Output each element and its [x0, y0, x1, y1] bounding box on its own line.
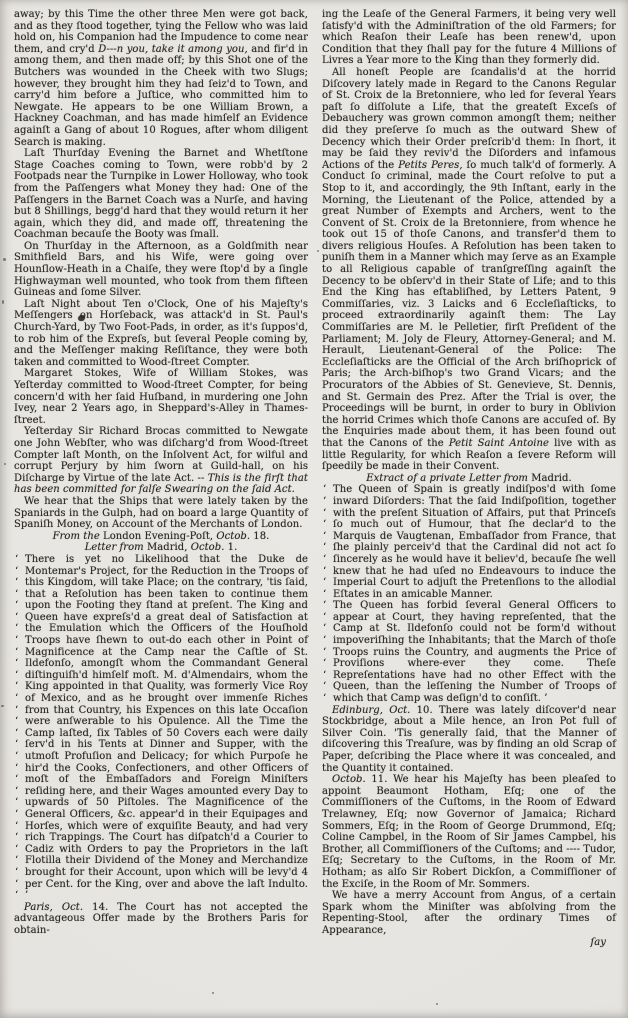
italic-text-run: Edinburg, Oct. [332, 705, 410, 716]
scan-speck [4, 463, 6, 465]
paragraph: Yeſterday Sir Richard Brocas committed t… [14, 426, 308, 496]
italic-text-run: Octob. [332, 774, 366, 785]
scan-speck [3, 258, 6, 261]
italic-text-run: Extract of a private Letter from [366, 473, 531, 484]
paragraph: We have a merry Account from Angus, of a… [322, 890, 616, 936]
paragraph: Paris, Oct. 14. The Court has not accept… [14, 902, 308, 937]
text-run: We hear that the Ships that were lately … [14, 496, 308, 530]
quoted-paragraph: ‘ ‘ ‘ ‘ ‘ ‘ ‘ ‘ ‘ ‘The Queen of Spain is… [322, 484, 616, 600]
italic-text-run: Petit Saint Antoine [449, 438, 549, 449]
quoted-text: There is yet no Likelihood that the Duke… [25, 554, 308, 902]
text-run: On Thurſday in the Afternoon, as a Goldſ… [14, 241, 308, 298]
newspaper-page: away; by this Time the other three Men w… [0, 0, 628, 1018]
column-left: away; by this Time the other three Men w… [14, 9, 308, 948]
quoted-paragraph: ‘ ‘ ‘ ‘ ‘ ‘ ‘ ‘ ‘ ‘ ‘ ‘ ‘ ‘ ‘ ‘ ‘ ‘ ‘ ‘ … [14, 554, 308, 902]
paragraph: Edinburg, Oct. 10. There was lately diſc… [322, 705, 616, 775]
catchword: ſay [322, 937, 616, 949]
quote-mark-gutter: ‘ ‘ ‘ ‘ ‘ ‘ ‘ ‘ ‘ ‘ ‘ ‘ ‘ ‘ ‘ ‘ ‘ ‘ ‘ ‘ … [15, 554, 18, 902]
paragraph: Laſt Night about Ten o'Clock, One of his… [14, 299, 308, 369]
italic-text-run: Paris, Oct. [24, 902, 83, 913]
text-run: 18. [250, 531, 269, 542]
text-run: Margaret Stokes, Wife of William Stokes,… [14, 368, 308, 425]
text-run: ſo much talk'd of formerly. A Conduct ſo… [322, 160, 616, 449]
paragraph: All honeſt People are ſcandalis'd at the… [322, 67, 616, 473]
text-run: and fir'd in among them, and then made o… [14, 44, 308, 148]
text-run: London Evening-Poſt, [103, 531, 216, 542]
italic-text-run: Letter from [85, 542, 147, 553]
text-run: The Queen has forbid ſeveral General Off… [333, 600, 616, 704]
section-heading: From the London Evening-Poſt, Octob. 18. [14, 531, 308, 543]
text-columns: away; by this Time the other three Men w… [0, 0, 628, 948]
text-run: ing the Leaſe of the General Farmers, it… [322, 9, 616, 66]
text-run: 1. [224, 542, 237, 553]
text-run: Madrid, [147, 542, 191, 553]
column-right: ing the Leaſe of the General Farmers, it… [322, 9, 616, 948]
scan-speck [1, 705, 4, 707]
paragraph: ing the Leaſe of the General Farmers, it… [322, 9, 616, 67]
scan-speck [317, 250, 319, 252]
text-run: Laſt Thurſday Evening the Barnet and Whe… [14, 148, 308, 240]
italic-text-run: From the [53, 531, 103, 542]
quoted-paragraph: ‘ ‘ ‘ ‘ ‘ ‘ ‘ ‘ ‘The Queen has forbid ſe… [322, 600, 616, 704]
section-heading: Extract of a private Letter from Madrid. [322, 473, 616, 485]
quote-mark-gutter: ‘ ‘ ‘ ‘ ‘ ‘ ‘ ‘ ‘ [323, 600, 326, 704]
italic-text-run: Octob. [191, 542, 225, 553]
quoted-text: The Queen of Spain is greatly indiſpos'd… [333, 484, 616, 600]
italic-text-run: D---n you, take it among you, [98, 44, 248, 55]
italic-text-run: Octob. [216, 531, 250, 542]
scan-speck [2, 300, 4, 304]
paragraph: Margaret Stokes, Wife of William Stokes,… [14, 368, 308, 426]
quote-mark-gutter: ‘ ‘ ‘ ‘ ‘ ‘ ‘ ‘ ‘ ‘ [323, 484, 326, 600]
paragraph: We hear that the Ships that were lately … [14, 496, 308, 531]
text-run: There is yet no Likelihood that the Duke… [25, 554, 308, 901]
scan-speck [436, 1003, 438, 1005]
italic-text-run: Petits Peres, [398, 160, 462, 171]
text-run: Madrid. [531, 473, 572, 484]
paragraph: away; by this Time the other three Men w… [14, 9, 308, 148]
scan-speck [212, 992, 214, 994]
section-heading: Letter from Madrid, Octob. 1. [14, 542, 308, 554]
text-run: All honeſt People are ſcandalis'd at the… [322, 67, 616, 171]
paragraph: Laſt Thurſday Evening the Barnet and Whe… [14, 148, 308, 241]
text-run: Laſt Night about Ten o'Clock, One of his… [14, 299, 308, 368]
text-run: 11. We hear his Majeſty has been pleaſed… [322, 774, 616, 889]
text-run: The Queen of Spain is greatly indiſpos'd… [333, 484, 616, 599]
text-run: We have a merry Account from Angus, of a… [322, 890, 616, 936]
paragraph: On Thurſday in the Afternoon, as a Goldſ… [14, 241, 308, 299]
paragraph: Octob. 11. We hear his Majeſty has been … [322, 774, 616, 890]
quoted-text: The Queen has forbid ſeveral General Off… [333, 600, 616, 704]
